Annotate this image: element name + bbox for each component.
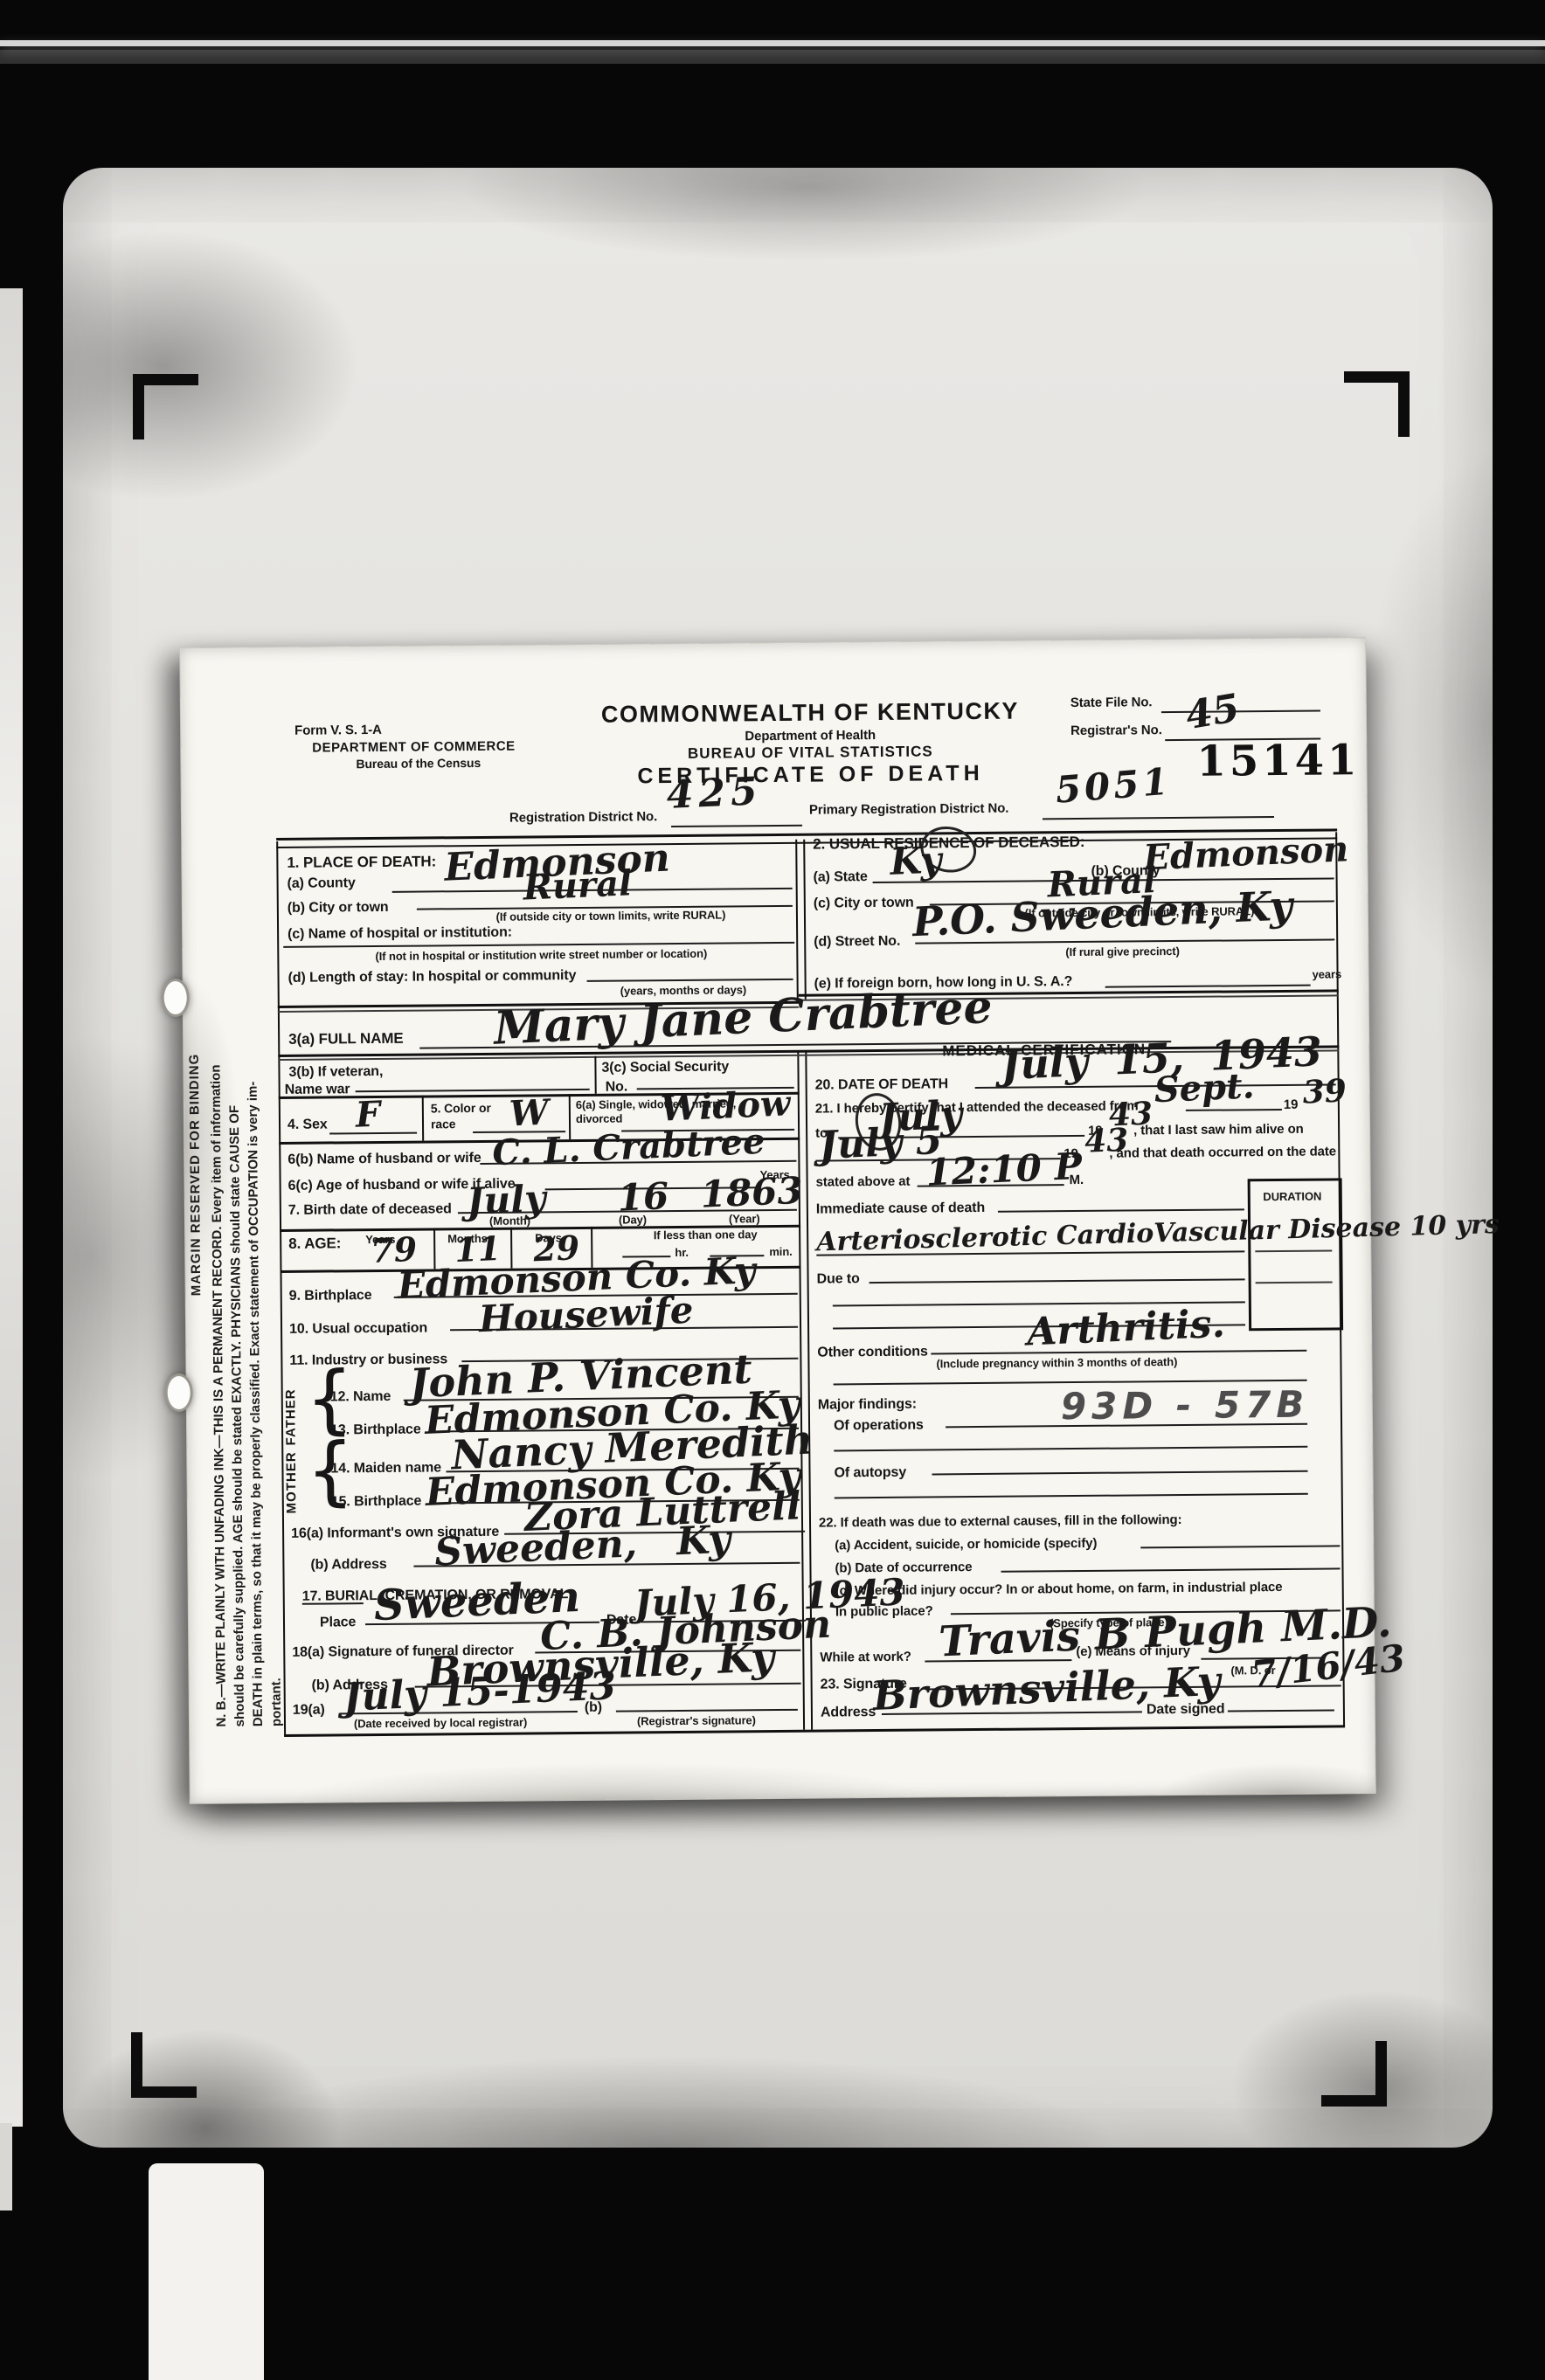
reg-district-label: Registration District No. (509, 810, 657, 826)
death-certificate: MARGIN RESERVED FOR BINDING N. B.—WRITE … (180, 638, 1375, 1803)
punch-hole (165, 1373, 193, 1412)
received-note: (Date received by local registrar) (354, 1717, 527, 1731)
age-label: 8. AGE: (288, 1235, 341, 1252)
registration-mark-bottom-right (1321, 2041, 1387, 2107)
s1-hospital-note: (If not in hospital or institution write… (305, 947, 777, 964)
informant-address-label: (b) Address (310, 1557, 386, 1573)
attended-from-month: Sept. (1154, 1065, 1256, 1110)
printed-19: 19 (1284, 1098, 1299, 1112)
time-of-death-value: 12:10 P (925, 1145, 1084, 1194)
mother-birthplace-label: 15. Birthplace (331, 1494, 422, 1510)
other-conditions-note: (Include pregnancy within 3 months of de… (936, 1356, 1177, 1370)
accident-label: (a) Accident, suicide, or homicide (spec… (835, 1537, 1097, 1553)
sex-label: 4. Sex (288, 1117, 328, 1132)
occurrence-date-label: (b) Date of occurrence (835, 1560, 972, 1576)
s2-city-label: (c) City or town (814, 896, 914, 911)
registration-mark-bottom-left (131, 2032, 197, 2098)
duration-label: DURATION (1250, 1190, 1335, 1203)
field-line (998, 1208, 1244, 1212)
s1-hospital-label: (c) Name of hospital or institution: (288, 925, 512, 943)
death-date-label: 20. DATE OF DEATH (815, 1076, 949, 1093)
certify-line-3b: , and that death occurred on the date (1109, 1145, 1336, 1160)
s1-stay-label: (d) Length of stay: In hospital or commu… (288, 968, 576, 986)
occupation-value: Housewife (478, 1289, 694, 1341)
s2-street-note: (If rural give precinct) (1065, 945, 1180, 958)
s2-county-value: Edmonson (1142, 828, 1349, 878)
race-label-1: 5. Color or (431, 1102, 491, 1116)
occupation-label: 10. Usual occupation (289, 1321, 427, 1338)
age-less-header: If less than one day (613, 1228, 797, 1242)
cell-divider (594, 1056, 596, 1094)
age-min-label: min. (769, 1246, 792, 1258)
s2-foreign-unit: years (1313, 968, 1342, 980)
field-line (356, 1089, 590, 1092)
operations-label: Of operations (834, 1418, 924, 1434)
received-label: 19(a) (293, 1703, 325, 1719)
operations-value: 93D - 57B (1061, 1383, 1310, 1428)
registrar-sig-note: (Registrar's signature) (637, 1714, 756, 1727)
certificate-title: CERTIFICATE OF DEATH (565, 761, 1055, 789)
mother-side-label: MOTHER (284, 1452, 300, 1513)
field-line (1140, 1545, 1340, 1548)
nb-instructions: N. B.—WRITE PLAINLY WITH UNFADING INK—TH… (204, 722, 286, 1727)
father-name-label: 12. Name (330, 1389, 391, 1405)
column-divider (795, 840, 807, 1000)
other-conditions-label: Other conditions (817, 1345, 928, 1360)
adjacent-frame-edge (0, 288, 23, 2127)
state-file-stamp: 15141 (1196, 736, 1360, 786)
public-place-label: In public place? (835, 1604, 933, 1619)
state-file-label: State File No. (1070, 695, 1153, 710)
s2-state-label: (a) State (813, 869, 867, 885)
burial-place-label: Place (320, 1615, 356, 1630)
autopsy-label: Of autopsy (834, 1465, 906, 1481)
external-causes-title: 22. If death was due to external causes,… (819, 1513, 1182, 1531)
field-line (1043, 816, 1274, 820)
at-work-label: While at work? (820, 1650, 911, 1665)
field-line (1186, 1109, 1282, 1111)
birthdate-sub-year: (Year) (729, 1213, 760, 1225)
birthplace-label: 9. Birthplace (289, 1288, 372, 1304)
s1-county-label: (a) County (288, 875, 356, 891)
film-scratch-band (0, 50, 1545, 64)
primary-district-label: Primary Registration District No. (809, 802, 1009, 818)
form-number: Form V. S. 1-A (294, 723, 382, 738)
s2-state-value: Ky (889, 838, 942, 883)
birthdate-sub-month: (Month) (489, 1214, 530, 1227)
s2-street-value: P.O. Sweeden, Ky (911, 882, 1293, 945)
registration-mark-top-right (1344, 371, 1410, 437)
certify-line-4b: M. (1070, 1173, 1084, 1187)
field-line (869, 1278, 1245, 1283)
field-line (329, 1132, 417, 1135)
field-line (1105, 985, 1311, 988)
primary-district-value: 5051 (1054, 759, 1173, 811)
certify-line-4a: stated above at (816, 1175, 911, 1190)
s2-street-label: (d) Street No. (814, 934, 900, 950)
due-to-label: Due to (817, 1271, 860, 1287)
father-side-label: FATHER (283, 1384, 299, 1445)
certify-line-2b: , that I last saw him alive on (1133, 1123, 1304, 1138)
film-scratch-line (0, 40, 1545, 46)
s1-city-note: (If outside city or town limits, write R… (436, 909, 786, 924)
s1-city-value: Rural (523, 862, 633, 908)
next-frame-edge (149, 2163, 264, 2380)
spouse-name-label: 6(b) Name of husband or wife (288, 1151, 481, 1167)
field-line (835, 1493, 1308, 1499)
field-line (616, 1709, 798, 1712)
reg-district-value: 425 (666, 769, 764, 818)
registrar-sig-label: (b) (585, 1700, 602, 1715)
field-line (671, 825, 802, 827)
race-value: W (509, 1092, 550, 1135)
cell-divider (422, 1096, 424, 1141)
sex-value: F (355, 1093, 381, 1135)
field-line (587, 979, 793, 982)
bureau-census: Bureau of the Census (356, 757, 481, 771)
field-line (932, 1470, 1308, 1476)
underline-mark (302, 1602, 364, 1605)
binding-margin-note: MARGIN RESERVED FOR BINDING (184, 946, 205, 1296)
birthdate-sub-day: (Day) (619, 1214, 647, 1226)
race-label-2: race (431, 1117, 456, 1131)
s1-city-label: (b) City or town (288, 900, 389, 916)
injury-where-label: (c) Where did injury occur? In or about … (835, 1581, 1283, 1599)
marital-label-2: divorced (576, 1113, 623, 1125)
registrar-no-label: Registrar's No. (1070, 723, 1162, 738)
registrar-no-value: 45 (1182, 686, 1243, 738)
birthdate-label: 7. Birth date of deceased (288, 1201, 452, 1218)
field-line (1001, 1567, 1341, 1572)
field-line (1228, 1709, 1334, 1712)
veteran-label: 3(b) If veteran, (288, 1064, 383, 1080)
commonwealth-title: COMMONWEALTH OF KENTUCKY (565, 698, 1055, 728)
immediate-cause-label: Immediate cause of death (816, 1200, 985, 1217)
physician-address-label: Address (821, 1705, 876, 1720)
dept-commerce: DEPARTMENT OF COMMERCE (312, 740, 516, 756)
date-signed-label: Date signed (1147, 1702, 1225, 1718)
ssn-no-label: No. (606, 1079, 628, 1094)
s1-title: 1. PLACE OF DEATH: (287, 854, 436, 871)
microfilm-scan: MARGIN RESERVED FOR BINDING N. B.—WRITE … (0, 0, 1545, 2380)
major-findings-label: Major findings: (818, 1397, 917, 1413)
birthdate-year: 1863 (700, 1169, 804, 1216)
registration-mark-top-left (133, 374, 198, 439)
field-line (834, 1446, 1307, 1452)
fullname-label: 3(a) FULL NAME (288, 1031, 404, 1048)
ssn-label: 3(c) Social Security (601, 1059, 729, 1076)
adjacent-frame-corner (0, 2123, 12, 2210)
other-conditions-value: Arthritis. (1026, 1302, 1226, 1355)
attended-from-year: 39 (1302, 1072, 1348, 1110)
